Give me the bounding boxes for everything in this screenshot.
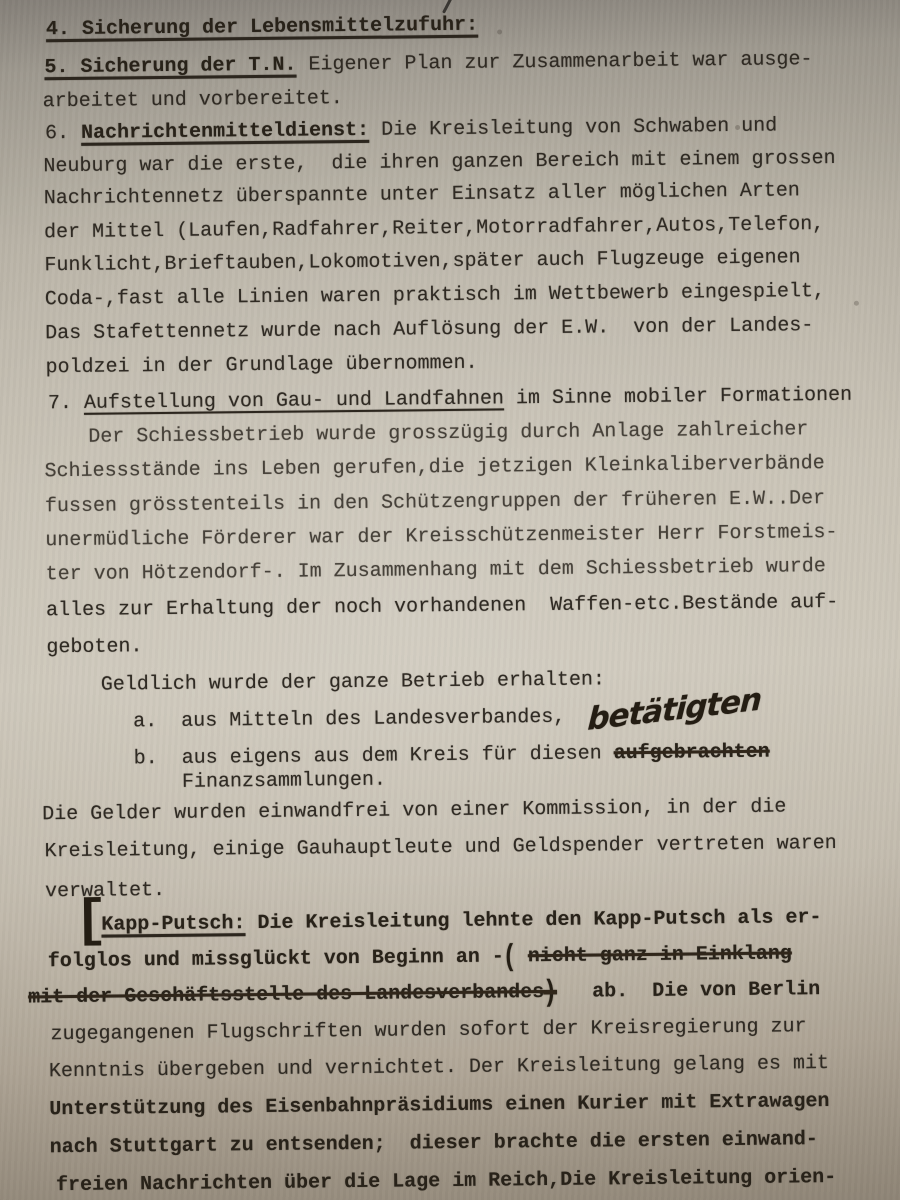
text-line: ter von Hötzendorf-. Im Zusammenhang mit… xyxy=(46,555,826,587)
text-line: 6. Nachrichtenmitteldienst: Die Kreislei… xyxy=(45,115,777,147)
typewritten-text: unermüdliche Förderer war der Kreisschüt… xyxy=(45,521,837,552)
handwritten-paren: ( xyxy=(503,941,517,977)
typewritten-page: 4. Sicherung der Lebensmittelzufuhr:5. S… xyxy=(0,0,900,1200)
typewritten-text: freien Nachrichten über die Lage im Reic… xyxy=(56,1166,836,1197)
typewritten-text: Die Gelder wurden einwandfrei von einer … xyxy=(42,795,786,826)
text-line: Coda-,fast alle Linien waren praktisch i… xyxy=(45,280,825,312)
text-line: Kenntnis übergeben und vernichtet. Der K… xyxy=(49,1052,829,1084)
text-line: mit der Geschäftsstelle des Landesverban… xyxy=(28,978,820,1010)
text-line: b. aus eigens aus dem Kreis für diesen a… xyxy=(134,741,770,772)
text-line: Funklicht,Brieftauben,Lokomotiven,später… xyxy=(44,246,800,278)
underlined-heading-text: Kapp-Putsch: xyxy=(101,912,245,937)
text-line: Nachrichtennetz überspannte unter Einsat… xyxy=(44,179,800,211)
text-line: Schiessstände ins Leben gerufen,die jetz… xyxy=(45,452,825,484)
text-line: 4. Sicherung der Lebensmittelzufuhr: xyxy=(46,14,478,43)
text-line: alles zur Erhaltung der noch vorhandenen… xyxy=(46,591,838,623)
typewritten-text: im Sinne mobiler Formationen xyxy=(504,384,852,411)
typewritten-text: zugegangenen Flugschriften wurden sofort… xyxy=(50,1015,806,1046)
handwritten-correction: betätigten xyxy=(587,681,763,738)
underlined-heading-text: Nachrichtenmitteldienst: xyxy=(81,119,369,145)
typewritten-text: geboten. xyxy=(46,635,142,659)
text-line: unermüdliche Förderer war der Kreisschüt… xyxy=(45,521,837,553)
typewritten-text: Neuburg war die erste, die ihren ganzen … xyxy=(43,147,835,178)
typewritten-text: Die Kreisleitung lehnte den Kapp-Putsch … xyxy=(245,906,821,935)
ink-speck xyxy=(735,125,740,130)
struck-through-text: aufgebrachten xyxy=(614,741,770,766)
pen-tick-mark xyxy=(442,0,452,14)
text-line: Der Schiessbetrieb wurde grosszügig durc… xyxy=(88,418,808,450)
typewritten-text: ter von Hötzendorf-. Im Zusammenhang mit… xyxy=(46,555,826,586)
text-line: Unterstützung des Eisenbahnpräsidiums ei… xyxy=(49,1090,829,1122)
typewritten-text: Geldlich wurde der ganze Betrieb erhalte… xyxy=(101,668,605,696)
text-line: nach Stuttgart zu entsenden; dieser brac… xyxy=(50,1128,818,1160)
typewritten-text: Die Kreisleitung von Schwaben und xyxy=(369,115,777,142)
typewritten-text: ab. Die von Berlin xyxy=(556,978,820,1004)
text-line: zugegangenen Flugschriften wurden sofort… xyxy=(50,1015,806,1047)
underlined-heading-text: 5. Sicherung der T.N. xyxy=(44,54,296,80)
typewritten-text: alles zur Erhaltung der noch vorhandenen… xyxy=(46,591,838,622)
text-line: a. aus Mitteln des Landesverbandes, xyxy=(133,706,565,735)
ink-speck xyxy=(854,301,859,306)
text-line: 5. Sicherung der T.N. Eigener Plan zur Z… xyxy=(44,48,812,80)
text-line: arbeitet und vorbereitet. xyxy=(43,87,343,114)
text-line: Finanzsammlungen. xyxy=(182,769,386,795)
text-line: Geldlich wurde der ganze Betrieb erhalte… xyxy=(101,668,605,697)
typewritten-text: fussen grösstenteils in den Schützengrup… xyxy=(45,487,825,518)
ink-speck xyxy=(497,29,502,34)
struck-through-text: mit der Geschäftsstelle des Landesverban… xyxy=(28,981,544,1009)
struck-through-text: nicht ganz in Einklang xyxy=(528,942,792,968)
text-line: fussen grösstenteils in den Schützengrup… xyxy=(45,487,825,519)
typewritten-text: 6. xyxy=(45,122,81,145)
text-line: Das Stafettennetz wurde nach Auflösung d… xyxy=(45,314,813,346)
typewritten-text: Der Schiessbetrieb wurde grosszügig durc… xyxy=(88,418,808,449)
typewritten-text: a. aus Mitteln des Landesverbandes, xyxy=(133,706,565,734)
typewritten-text: Unterstützung des Eisenbahnpräsidiums ei… xyxy=(49,1090,829,1121)
handwritten-margin-bracket: [ xyxy=(74,896,109,948)
typewritten-text: 7. xyxy=(48,392,84,415)
underlined-heading-text: Aufstellung von Gau- und Landfahnen xyxy=(84,387,504,414)
typewritten-text: Funklicht,Brieftauben,Lokomotiven,später… xyxy=(44,246,800,277)
text-line: Die Gelder wurden einwandfrei von einer … xyxy=(42,795,786,827)
struck-through-text: ) xyxy=(543,976,557,1012)
typewritten-text: Das Stafettennetz wurde nach Auflösung d… xyxy=(45,314,813,345)
typewritten-text: Coda-,fast alle Linien waren praktisch i… xyxy=(45,280,825,311)
typewritten-text: Nachrichtennetz überspannte unter Einsat… xyxy=(44,179,800,210)
typewritten-text: Eigener Plan zur Zusammenarbeit war ausg… xyxy=(296,48,812,76)
typewritten-text: Kreisleitung, einige Gauhauptleute und G… xyxy=(44,832,836,863)
text-line: Kreisleitung, einige Gauhauptleute und G… xyxy=(44,832,836,864)
typewritten-text: nach Stuttgart zu entsenden; dieser brac… xyxy=(50,1128,818,1159)
scanned-document-photo: 4. Sicherung der Lebensmittelzufuhr:5. S… xyxy=(0,0,900,1200)
text-line: Neuburg war die erste, die ihren ganzen … xyxy=(43,147,835,179)
text-line: folglos und missglückt von Beginn an -( … xyxy=(48,942,792,974)
text-line: der Mittel (Laufen,Radfahrer,Reiter,Moto… xyxy=(44,213,824,245)
text-line: geboten. xyxy=(46,635,142,660)
typewritten-text: der Mittel (Laufen,Radfahrer,Reiter,Moto… xyxy=(44,213,824,244)
typewritten-text: Finanzsammlungen. xyxy=(182,769,386,794)
underlined-heading-text: 4. Sicherung der Lebensmittelzufuhr: xyxy=(46,14,478,42)
typewritten-text: arbeitet und vorbereitet. xyxy=(43,87,343,113)
text-line: Kapp-Putsch: Die Kreisleitung lehnte den… xyxy=(101,906,821,938)
typewritten-text: folglos und missglückt von Beginn an - xyxy=(48,945,504,973)
typewritten-text: Kenntnis übergeben und vernichtet. Der K… xyxy=(49,1052,829,1083)
typewritten-text: b. aus eigens aus dem Kreis für diesen xyxy=(134,742,614,770)
text-line: poldzei in der Grundlage übernommen. xyxy=(45,352,477,381)
typewritten-text: Schiessstände ins Leben gerufen,die jetz… xyxy=(45,452,825,483)
typewritten-text xyxy=(516,945,528,968)
typewritten-text: poldzei in der Grundlage übernommen. xyxy=(45,352,477,380)
text-line: freien Nachrichten über die Lage im Reic… xyxy=(56,1166,836,1198)
text-line: 7. Aufstellung von Gau- und Landfahnen i… xyxy=(48,384,852,416)
